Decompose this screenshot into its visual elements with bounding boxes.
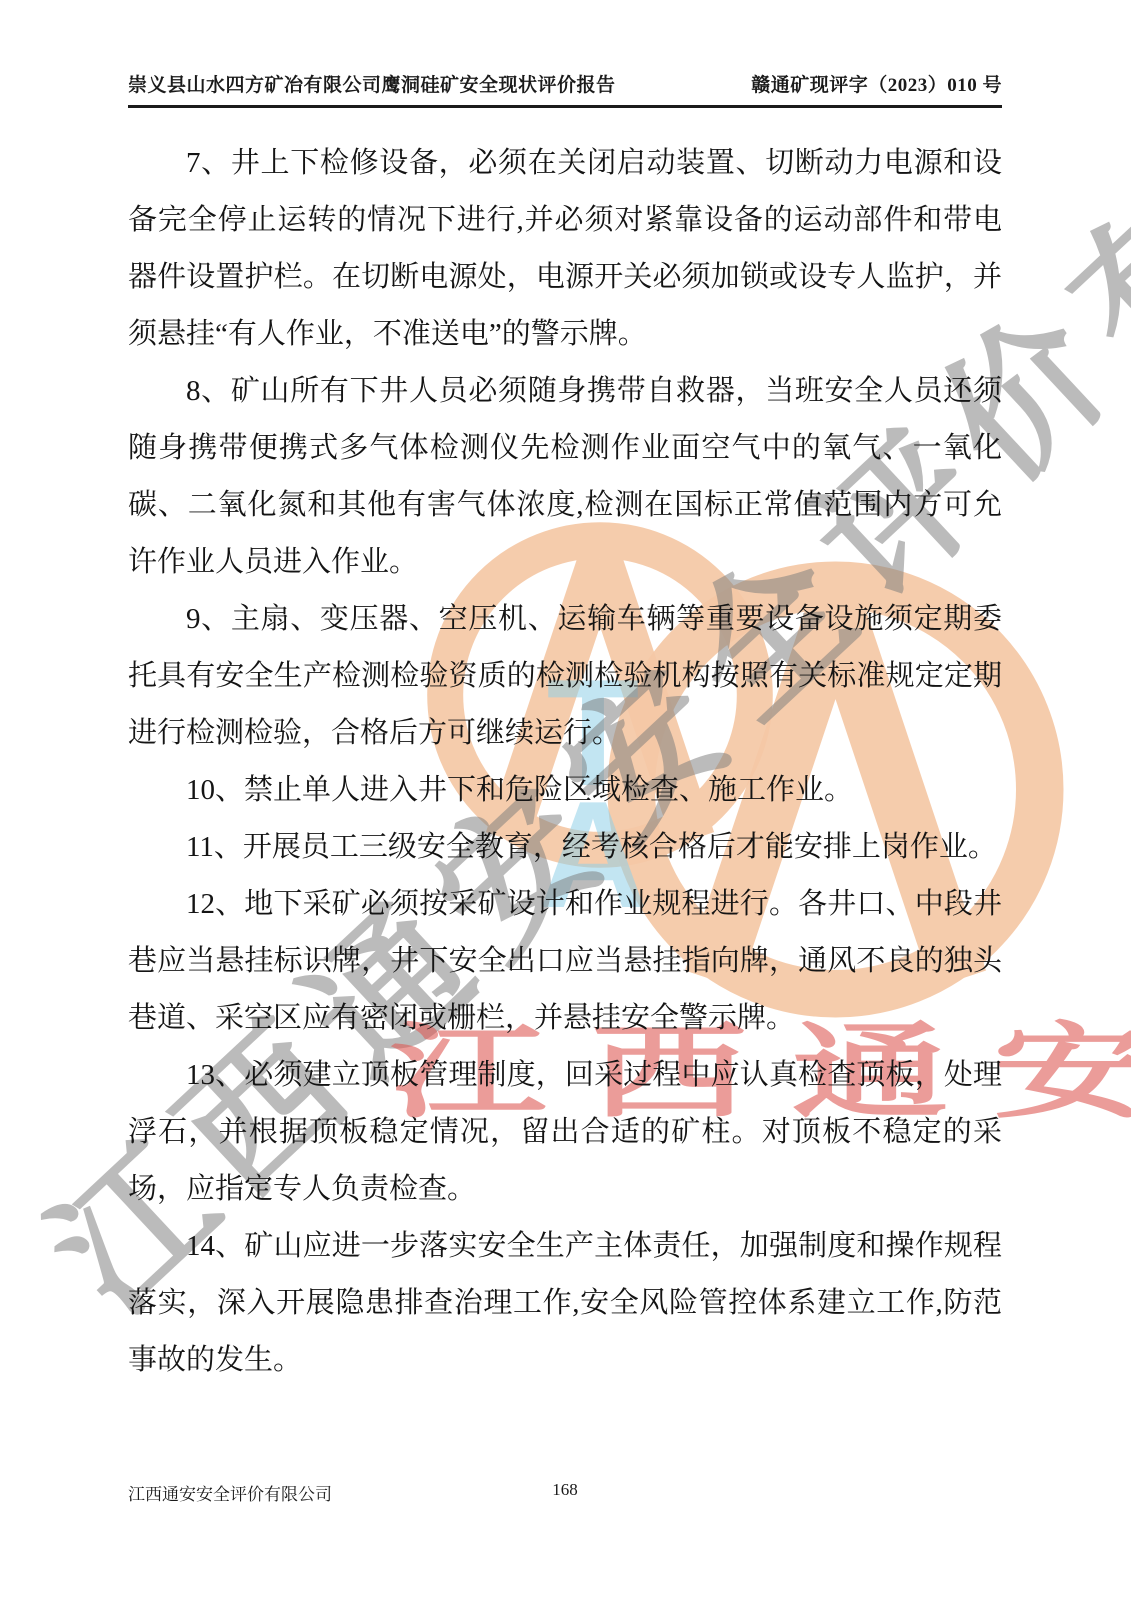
paragraph-10: 10、禁止单人进入井下和危险区域检查、施工作业。 bbox=[128, 762, 1002, 819]
paragraph-14: 14、矿山应进一步落实安全生产主体责任，加强制度和操作规程落实，深入开展隐患排查… bbox=[128, 1218, 1002, 1389]
page-footer: 江西通安安全评价有限公司 168 bbox=[128, 1480, 1002, 1510]
paragraph-8: 8、矿山所有下井人员必须随身携带自救器，当班安全人员还须随身携带便携式多气体检测… bbox=[128, 363, 1002, 591]
paragraph-11: 11、开展员工三级安全教育，经考核合格后才能安排上岗作业。 bbox=[128, 819, 1002, 876]
paragraph-12: 12、地下采矿必须按采矿设计和作业规程进行。各井口、中段井巷应当悬挂标识牌，井下… bbox=[128, 876, 1002, 1047]
document-page: TA 江西通安安全评价有限公司 江西通安 崇义县山水四方矿冶有限公司鹰洞硅矿安全… bbox=[0, 0, 1131, 1600]
page-header: 崇义县山水四方矿冶有限公司鹰洞硅矿安全现状评价报告 赣通矿现评字（2023）01… bbox=[128, 70, 1002, 108]
header-report-title: 崇义县山水四方矿冶有限公司鹰洞硅矿安全现状评价报告 bbox=[128, 70, 616, 97]
header-document-code: 赣通矿现评字（2023）010 号 bbox=[751, 70, 1002, 97]
document-body: 7、井上下检修设备，必须在关闭启动装置、切断动力电源和设备完全停止运转的情况下进… bbox=[128, 135, 1002, 1389]
paragraph-9: 9、主扇、变压器、空压机、运输车辆等重要设备设施须定期委托具有安全生产检测检验资… bbox=[128, 591, 1002, 762]
paragraph-7: 7、井上下检修设备，必须在关闭启动装置、切断动力电源和设备完全停止运转的情况下进… bbox=[128, 135, 1002, 363]
page-number: 168 bbox=[128, 1480, 1002, 1500]
paragraph-13: 13、必须建立顶板管理制度，回采过程中应认真检查顶板，处理浮石，并根据顶板稳定情… bbox=[128, 1047, 1002, 1218]
